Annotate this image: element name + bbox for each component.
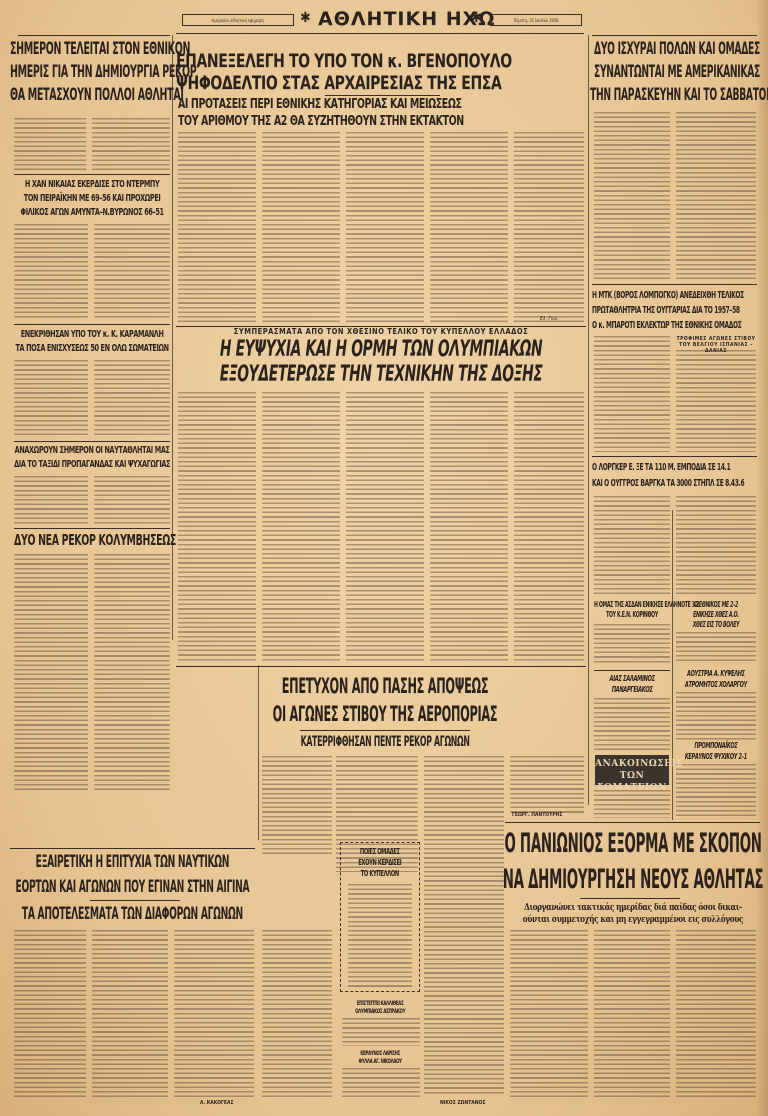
headline-olympiakos-cup: Η ΕΥΨΥΧΙΑ ΚΑΙ Η ΟΡΜΗ ΤΩΝ ΟΛΥΜΠΙΑΚΩΝ ΕΞΟΥ…: [176, 337, 762, 387]
byline-pantouris: ΓΕΩΡΓ. ΠΑΝΤΟΥΡΗΣ: [512, 812, 563, 818]
byline-kakogeas: Α. ΚΑΚΟΓΕΑΣ: [200, 1100, 234, 1106]
subheadline-panionios: Διοργανώνει τακτικάς ημερίδας διά παίδας…: [505, 902, 768, 926]
headline-epistepsi-kallitheas: ΕΠΙΣΤΕΠΤΕΙ ΚΑΛΛΙΘΕΑΣ ΟΛΥΜΠΙΑΚΟΣ ΑΣΠΡΑΚΟΥ: [340, 1000, 447, 1016]
headline-promponaikos: ΠΡΟΜΠΟΝΑΪΚΟΣ ΚΕΡΑΥΝΟΣ ΨΥΧΙΚΟΥ 2–1: [676, 740, 768, 762]
subheadline-aegina-results: ΤΑ ΑΠΟΤΕΛΕΣΜΑΤΑ ΤΩΝ ΔΙΑΦΟΡΩΝ ΑΓΩΝΩΝ: [10, 902, 418, 926]
masthead-date-box: Πέμπτη, 31 Ιουλίου 1958: [490, 14, 582, 26]
headline-austria-kypseli: ΑΟΥΣΤΡΙΑ Α. ΚΥΨΕΛΗΣ ΑΤΡΟΜΗΤΟΣ ΧΟΛΑΡΓΟΥ: [676, 668, 768, 690]
headline-aegina-naval: ΕΞΑΙΡΕΤΙΚΗ Η ΕΠΙΤΥΧΙΑ ΤΩΝ ΝΑΥΤΙΚΩΝ ΕΟΡΤΩ…: [10, 850, 418, 900]
headline-keravnos-larisis: ΚΕΡΑΥΝΟΣ ΛΑΡΙΣΗΣ ΦΥΛΛΑ ΑΓ. ΝΙΚΟΛΑΟΥ: [340, 1050, 447, 1066]
star-left-icon: ✱: [300, 10, 311, 26]
headline-lorger-hurdles: Ο ΛΟΡΓΚΕΡ Ε. ΞΕ ΤΑ 110 Μ. ΕΜΠΟΔΙΑ ΣΕ 14.…: [592, 460, 768, 492]
announcements-badge: ΑΝΑΚΟΙΝΩΣΕΙΣ ΤΩΝ ΣΩΜΑΤΕΙΩΝ: [595, 755, 669, 785]
subheadline-five-records: ΚΑΤΕΡΡΙΦΘΗΣΑΝ ΠΕΝΤΕ ΡΕΚΟΡ ΑΓΩΝΩΝ: [262, 733, 659, 751]
headline-panionios: Ο ΠΑΝΙΩΝΙΟΣ ΕΞΟΡΜΑ ΜΕ ΣΚΟΠΟΝ ΝΑ ΔΗΜΙΟΥΡΓ…: [500, 826, 768, 898]
headline-mtk-hungary: Η ΜΤΚ (ΒΟΡΟΣ ΛΟΜΠΟΓΚΟ) ΑΝΕΔΕΙΧΘΗ ΤΕΛΙΚΟΣ…: [592, 288, 768, 333]
kicker-cup-final: ΣΥΜΠΕΡΑΣΜΑΤΑ ΑΠΟ ΤΟΝ ΧΘΕΣΙΝΟ ΤΕΛΙΚΟ ΤΟΥ …: [176, 327, 586, 336]
headline-air-force-games: ΕΠΕΤΥΧΟΝ ΑΠΟ ΠΑΣΗΣ ΑΠΟΨΕΩΣ ΟΙ ΑΓΩΝΕΣ ΣΤΙ…: [262, 672, 672, 728]
star-right-icon: ✱: [471, 10, 482, 26]
masthead-tagline-box: Ημερησία αθλητική εφημερίς: [182, 14, 294, 26]
headline-ethnikon-meet: ΣΗΜΕΡΟΝ ΤΕΛΕΙΤΑΙ ΣΤΟΝ ΕΘΝΙΚΟΝ ΗΜΕΡΙΣ ΓΙΑ…: [10, 38, 172, 107]
masthead-tagline: Ημερησία αθλητική εφημερίς: [212, 18, 265, 23]
byline-zontanos: ΝΙΚΟΣ ΖΩΝΤΑΝΟΣ: [440, 1100, 485, 1106]
masthead-title: ΑΘΛΗΤΙΚΗ ΗΧΩ: [318, 8, 495, 30]
headline-american-teams: ΔΥΟ ΙΣΧΥΡΑΙ ΠΟΛΩΝ ΚΑΙ ΟΜΑΔΕΣ ΣΥΝΑΝΤΩΝΤΑΙ…: [590, 38, 768, 107]
byline-el-geo: Ελ. Γεω.: [540, 316, 559, 322]
newspaper-page: Ημερησία αθλητική εφημερίς ✱ ΑΘΛΗΤΙΚΗ ΗΧ…: [0, 0, 768, 1116]
headline-ethnikos-volley: Ο ΕΘΝΙΚΟΣ ΜΕ 2–2 ΕΝΙΚΗΣΕ ΧΘΕΣ Α.Ο. ΧΘΕΣ …: [676, 600, 768, 630]
masthead-date: Πέμπτη, 31 Ιουλίου 1958: [514, 18, 559, 23]
